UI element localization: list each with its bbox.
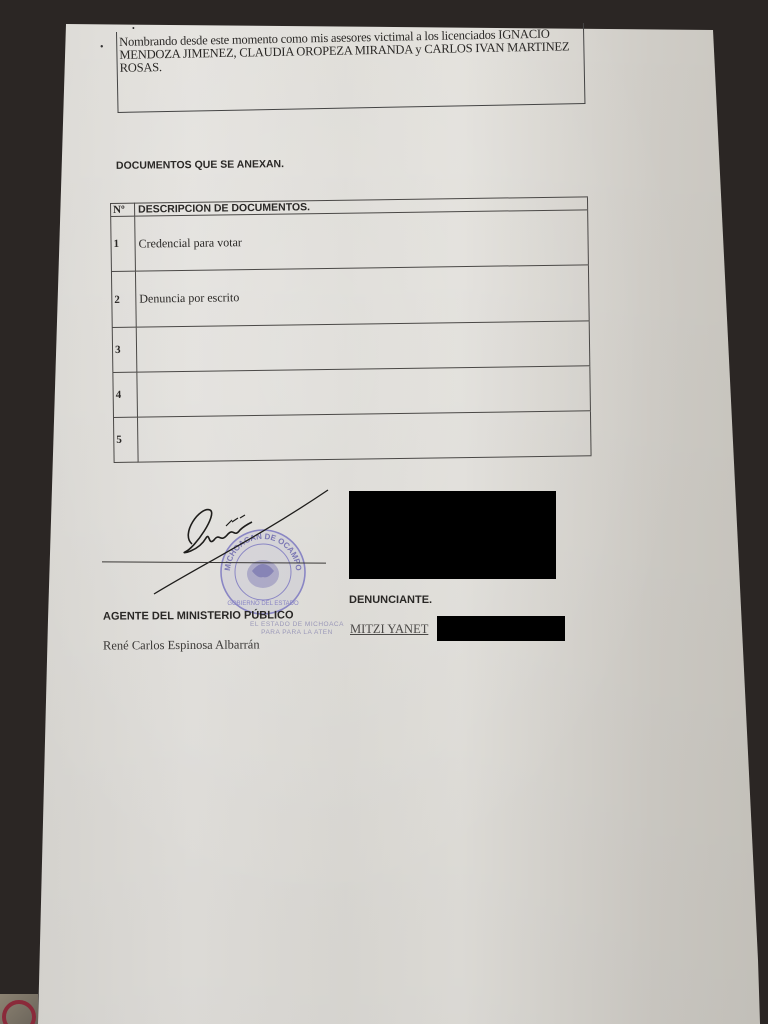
row-number: 4 — [113, 372, 138, 417]
row-description — [137, 411, 591, 462]
notice-box: Nombrando desde este momento como mis as… — [116, 23, 585, 113]
background-object — [0, 994, 38, 1024]
row-description — [136, 321, 590, 372]
row-description: Credencial para votar — [135, 210, 589, 272]
annexed-documents-table: Nº DESCRIPCION DE DOCUMENTOS. 1 Credenci… — [110, 196, 592, 463]
notice-text: Nombrando desde este momento como mis as… — [119, 27, 580, 75]
annexed-documents-title: DOCUMENTOS QUE SE ANEXAN. — [116, 158, 284, 172]
redacted-signature — [349, 491, 556, 579]
agent-signature — [140, 486, 340, 596]
row-description — [137, 366, 591, 417]
table-row: 4 — [113, 366, 591, 418]
table-row: 3 — [112, 321, 590, 373]
bullet-icon: • — [100, 42, 104, 53]
row-number: 5 — [113, 417, 138, 462]
header-number: Nº — [111, 203, 135, 216]
agent-name: René Carlos Espinosa Albarrán — [103, 637, 260, 653]
complainant-title: DENUNCIANTE. — [349, 594, 432, 606]
stamp-subtext-line: EL ESTADO DE MICHOACA — [250, 621, 344, 629]
svg-text:GOBIERNO DEL ESTADO: GOBIERNO DEL ESTADO — [227, 601, 299, 607]
row-number: 3 — [112, 327, 137, 372]
row-number: 2 — [111, 272, 136, 328]
stamp-subtext-line: PARA PARA LA ATEN — [250, 629, 344, 637]
complainant-name: MITZI YANET — [350, 622, 428, 637]
row-number: 1 — [111, 216, 136, 272]
stamp-subtext: EL ESTADO DE MICHOACA PARA PARA LA ATEN — [250, 621, 344, 637]
table-row: 1 Credencial para votar — [111, 210, 589, 272]
row-description: Denuncia por escrito — [135, 265, 589, 327]
table-row: 5 — [113, 411, 591, 463]
redacted-name — [437, 616, 565, 641]
table-row: 2 Denuncia por escrito — [111, 265, 589, 327]
